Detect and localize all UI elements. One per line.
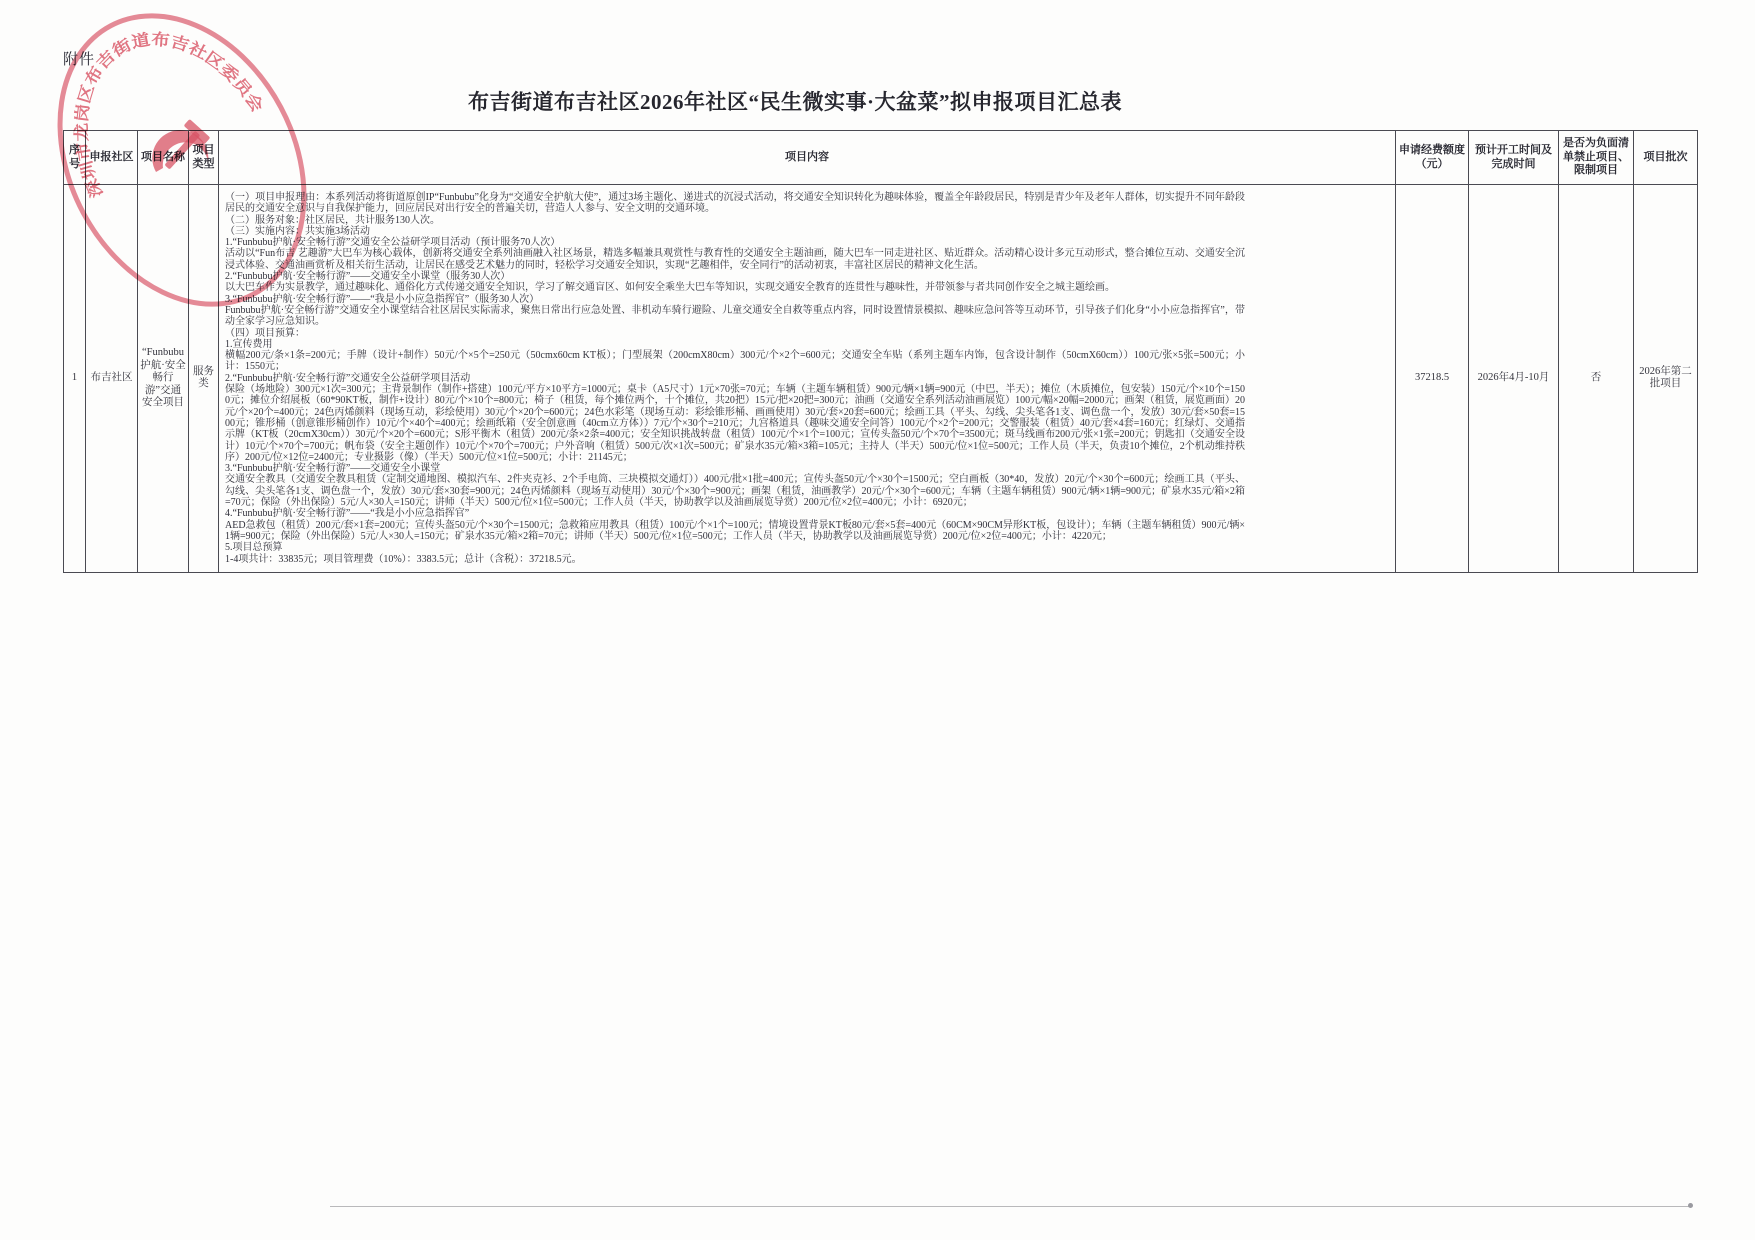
col-header-content: 项目内容 <box>219 131 1396 185</box>
col-header-project-type: 项目类型 <box>189 131 219 185</box>
cell-project-type: 服务类 <box>189 185 219 573</box>
table-header-row: 序号 申报社区 项目名称 项目类型 项目内容 申请经费额度（元） 预计开工时间及… <box>64 131 1698 185</box>
col-header-project-name: 项目名称 <box>138 131 189 185</box>
col-header-batch: 项目批次 <box>1634 131 1698 185</box>
scan-artifact-dot <box>1688 1203 1693 1208</box>
col-header-negative-list: 是否为负面清单禁止项目、限制项目 <box>1559 131 1634 185</box>
col-header-schedule: 预计开工时间及完成时间 <box>1469 131 1559 185</box>
summary-table: 序号 申报社区 项目名称 项目类型 项目内容 申请经费额度（元） 预计开工时间及… <box>63 130 1698 573</box>
cell-project-name: “Funbubu 护航·安全畅行游”交通安全项目 <box>138 185 189 573</box>
cell-negative-list: 否 <box>1559 185 1634 573</box>
cell-project-content: （一）项目申报理由：本系列活动将街道原创IP“Funbubu”化身为“交通安全护… <box>219 185 1396 573</box>
cell-schedule: 2026年4月-10月 <box>1469 185 1559 573</box>
page-title: 布吉街道布吉社区2026年社区“民生微实事·大盆菜”拟申报项目汇总表 <box>0 86 1590 116</box>
cell-seq: 1 <box>64 185 86 573</box>
cell-batch: 2026年第二批项目 <box>1634 185 1698 573</box>
attachment-label: 附件 <box>63 48 95 69</box>
table-row: 1 布吉社区 “Funbubu 护航·安全畅行游”交通安全项目 服务类 （一）项… <box>64 185 1698 573</box>
scan-artifact-line <box>330 1206 1692 1207</box>
scanned-document-page: 附件 布吉街道布吉社区2026年社区“民生微实事·大盆菜”拟申报项目汇总表 序号… <box>0 0 1755 1240</box>
col-header-amount: 申请经费额度（元） <box>1396 131 1469 185</box>
col-header-community: 申报社区 <box>86 131 138 185</box>
cell-amount: 37218.5 <box>1396 185 1469 573</box>
col-header-seq: 序号 <box>64 131 86 185</box>
cell-community: 布吉社区 <box>86 185 138 573</box>
